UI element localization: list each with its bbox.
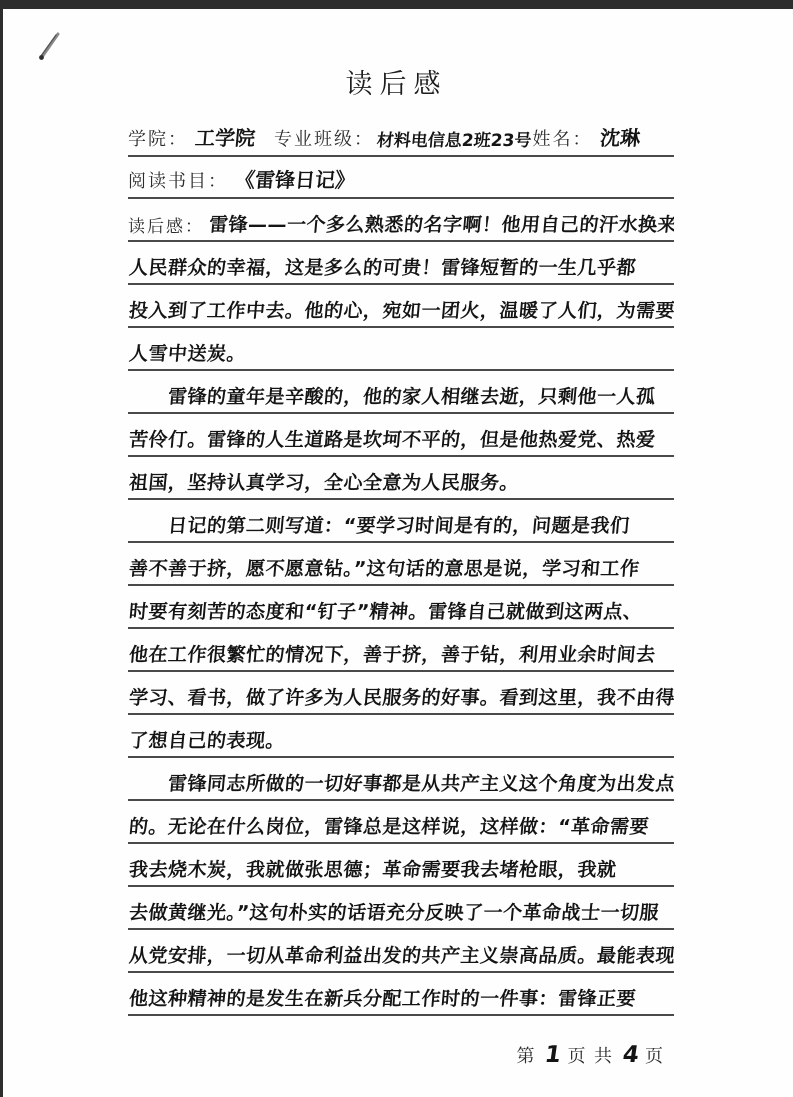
essay-line-text: 了想自己的表现。 bbox=[128, 726, 286, 753]
essay-line-text: 祖国，坚持认真学习，全心全意为人民服务。 bbox=[128, 468, 520, 495]
essay-line-text: 他这种精神的是发生在新兵分配工作时的一件事：雷锋正要 bbox=[128, 984, 637, 1011]
scan-edge-top bbox=[0, 0, 793, 9]
essay-line: 投入到了工作中去。他的心，宛如一团火，温暖了人们，为需要的 bbox=[128, 285, 674, 328]
class-label: 专业班级： bbox=[274, 125, 374, 151]
essay-line-text: 从党安排，一切从革命利益出发的共产主义崇高品质。最能表现 bbox=[128, 941, 674, 968]
essay-body: 读后感： 雷锋——一个多么熟悉的名字啊！他用自己的汗水换来了 人民群众的幸福，这… bbox=[128, 199, 674, 1016]
essay-line-text: 人民群众的幸福，这是多么的可贵！雷锋短暂的一生几乎都 bbox=[128, 253, 637, 280]
name-value: 沈琳 bbox=[599, 122, 642, 151]
essay-label: 读后感： bbox=[128, 212, 204, 237]
footer-page-number: 1 bbox=[543, 1042, 564, 1068]
college-label: 学院： bbox=[128, 125, 188, 151]
form-header: 学院： 工学院 专业班级： 材料电信息2班23号 姓名： 沈琳 阅读书目： 《雷… bbox=[128, 115, 674, 199]
essay-line: 他在工作很繁忙的情况下，善于挤，善于钻，利用业余时间去 bbox=[128, 629, 674, 672]
essay-line-text: 日记的第二则写道：“要学习时间是有的，问题是我们 bbox=[128, 511, 631, 538]
essay-line-text: 去做黄继光。”这句朴实的话语充分反映了一个革命战士一切服 bbox=[128, 898, 660, 925]
essay-line: 读后感： 雷锋——一个多么熟悉的名字啊！他用自己的汗水换来了 bbox=[128, 199, 674, 242]
essay-line-text: 时要有刻苦的态度和“钉子”精神。雷锋自己就做到这两点、 bbox=[128, 597, 644, 624]
essay-line-text: 学习、看书，做了许多为人民服务的好事。看到这里，我不由得想 bbox=[128, 683, 674, 710]
page-footer: 第 1 页 共 4 页 bbox=[516, 1042, 665, 1068]
essay-line: 了想自己的表现。 bbox=[128, 715, 674, 758]
essay-line-text: 人雪中送炭。 bbox=[128, 339, 247, 366]
essay-line: 人民群众的幸福，这是多么的可贵！雷锋短暂的一生几乎都 bbox=[128, 242, 674, 285]
footer-page-prefix: 第 bbox=[516, 1042, 536, 1068]
essay-line: 的。无论在什么岗位，雷锋总是这样说，这样做：“革命需要 bbox=[128, 801, 674, 844]
essay-line: 去做黄继光。”这句朴实的话语充分反映了一个革命战士一切服 bbox=[128, 887, 674, 930]
essay-line: 雷锋同志所做的一切好事都是从共产主义这个角度为出发点、 bbox=[128, 758, 674, 801]
book-value: 《雷锋日记》 bbox=[234, 164, 357, 193]
scan-edge-left bbox=[0, 0, 3, 1097]
essay-line: 苦伶仃。雷锋的人生道路是坎坷不平的，但是他热爱党、热爱 bbox=[128, 414, 674, 457]
essay-line-text: 的。无论在什么岗位，雷锋总是这样说，这样做：“革命需要 bbox=[128, 812, 650, 839]
essay-line: 我去烧木炭，我就做张思德；革命需要我去堵枪眼，我就 bbox=[128, 844, 674, 887]
essay-line: 他这种精神的是发生在新兵分配工作时的一件事：雷锋正要 bbox=[128, 973, 674, 1016]
essay-line-text: 投入到了工作中去。他的心，宛如一团火，温暖了人们，为需要的 bbox=[128, 296, 674, 323]
form-row-book: 阅读书目： 《雷锋日记》 bbox=[128, 157, 674, 199]
essay-line: 善不善于挤，愿不愿意钻。”这句话的意思是说，学习和工作 bbox=[128, 543, 674, 586]
page-title: 读后感 bbox=[0, 62, 793, 101]
essay-line: 学习、看书，做了许多为人民服务的好事。看到这里，我不由得想 bbox=[128, 672, 674, 715]
footer-pages-middle: 页 共 bbox=[567, 1042, 614, 1068]
essay-line: 雷锋的童年是辛酸的，他的家人相继去逝，只剩他一人孤 bbox=[128, 371, 674, 414]
essay-line-text: 雷锋——一个多么熟悉的名字啊！他用自己的汗水换来了 bbox=[208, 210, 674, 237]
college-value: 工学院 bbox=[194, 122, 257, 151]
essay-line: 人雪中送炭。 bbox=[128, 328, 674, 371]
essay-line-text: 善不善于挤，愿不愿意钻。”这句话的意思是说，学习和工作 bbox=[128, 554, 641, 581]
essay-line: 从党安排，一切从革命利益出发的共产主义崇高品质。最能表现 bbox=[128, 930, 674, 973]
essay-line: 祖国，坚持认真学习，全心全意为人民服务。 bbox=[128, 457, 674, 500]
footer-pages-suffix: 页 bbox=[645, 1042, 665, 1068]
name-label: 姓名： bbox=[533, 125, 593, 151]
essay-line-text: 雷锋的童年是辛酸的，他的家人相继去逝，只剩他一人孤 bbox=[128, 382, 657, 409]
form-row-college-class-name: 学院： 工学院 专业班级： 材料电信息2班23号 姓名： 沈琳 bbox=[128, 115, 674, 157]
essay-line-text: 他在工作很繁忙的情况下，善于挤，善于钻，利用业余时间去 bbox=[128, 640, 657, 667]
essay-line: 日记的第二则写道：“要学习时间是有的，问题是我们 bbox=[128, 500, 674, 543]
book-label: 阅读书目： bbox=[128, 167, 228, 193]
essay-line-text: 苦伶仃。雷锋的人生道路是坎坷不平的，但是他热爱党、热爱 bbox=[128, 425, 657, 452]
class-value: 材料电信息2班23号 bbox=[376, 126, 533, 151]
essay-line-text: 雷锋同志所做的一切好事都是从共产主义这个角度为出发点、 bbox=[128, 769, 674, 796]
essay-line: 时要有刻苦的态度和“钉子”精神。雷锋自己就做到这两点、 bbox=[128, 586, 674, 629]
scanned-essay-page: 读后感 学院： 工学院 专业班级： 材料电信息2班23号 姓名： 沈琳 阅读书目… bbox=[0, 0, 793, 1097]
pen-stroke-mark-icon bbox=[36, 30, 64, 64]
footer-total-pages: 4 bbox=[621, 1042, 642, 1068]
essay-line-text: 我去烧木炭，我就做张思德；革命需要我去堵枪眼，我就 bbox=[128, 855, 618, 882]
